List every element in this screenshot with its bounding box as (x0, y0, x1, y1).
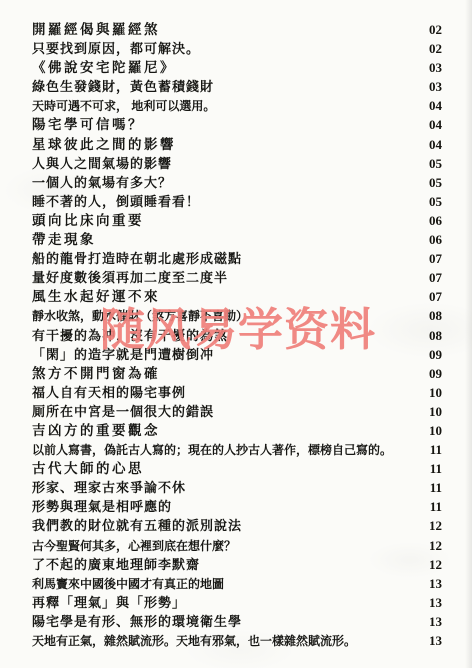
toc-row: 頭向比床向重要 06 (32, 211, 442, 230)
toc-entry-page-number: 05 (414, 173, 442, 192)
toc-entry-page-number: 11 (414, 497, 442, 516)
toc-entry-title: 有干擾的為冲，沒有干擾的為煞 (32, 326, 228, 345)
toc-entry-page-number: 03 (414, 58, 442, 77)
toc-entry-page-number: 07 (414, 249, 442, 268)
toc-row: 靜水收煞，動水催財（煞方喜靜不喜動） 08 (32, 306, 442, 325)
toc-row: 只要找到原因，都可解決。 02 (32, 39, 442, 58)
toc-entry-title: 船的龍骨打造時在朝北處形成磁點 (32, 249, 242, 268)
toc-row: 星球彼此之間的影響 04 (32, 135, 442, 154)
toc-entry-title: 再釋「理氣」與「形勢」 (32, 593, 186, 612)
toc-entry-page-number: 13 (414, 593, 442, 612)
toc-entry-page-number: 10 (414, 421, 442, 440)
toc-row: 利馬竇來中國後中國才有真正的地圖 13 (32, 574, 442, 593)
toc-row: 吉凶方的重要觀念 10 (32, 421, 442, 440)
toc-entry-title: 了不起的廣東地理師李默齋 (32, 555, 200, 574)
toc-row: 以前人寫書，偽託古人寫的；現在的人抄古人著作，標榜自己寫的。 11 (32, 440, 442, 459)
toc-entry-page-number: 09 (414, 364, 442, 383)
toc-entry-page-number: 02 (414, 39, 442, 58)
toc-entry-page-number: 12 (414, 555, 442, 574)
toc-row: 《佛說安宅陀羅尼》 03 (32, 58, 442, 77)
toc-entry-title: 風生水起好運不來 (32, 287, 160, 306)
toc-row: 福人自有天相的陽宅事例 10 (32, 383, 442, 402)
toc-row: 厠所在中宮是一個很大的錯誤 10 (32, 402, 442, 421)
toc-entry-page-number: 13 (414, 612, 442, 631)
toc-entry-page-number: 12 (414, 536, 442, 555)
toc-row: 煞方不開門窗為確 09 (32, 364, 442, 383)
toc-entry-page-number: 06 (414, 230, 442, 249)
toc-entry-page-number: 08 (414, 306, 442, 325)
toc-row: 船的龍骨打造時在朝北處形成磁點 07 (32, 249, 442, 268)
toc-entry-page-number: 11 (414, 478, 442, 497)
toc-entry-page-number: 11 (414, 440, 442, 459)
toc-row: 風生水起好運不來 07 (32, 287, 442, 306)
toc-entry-title: 形家、理家古來爭論不休 (32, 478, 186, 497)
toc-entry-title: 睡不著的人，倒頭睡看看！ (32, 192, 200, 211)
toc-entry-title: 開羅經偈與羅經煞 (32, 20, 160, 39)
toc-entry-title: 一個人的氣場有多大？ (32, 173, 172, 192)
toc-row: 一個人的氣場有多大？ 05 (32, 173, 442, 192)
toc-entry-page-number: 02 (414, 20, 442, 39)
toc-entry-title: 人與人之間氣場的影響 (32, 154, 172, 173)
toc-row: 睡不著的人，倒頭睡看看！ 05 (32, 192, 442, 211)
table-of-contents: 開羅經偈與羅經煞 02 只要找到原因，都可解決。 02 《佛說安宅陀羅尼》 03… (0, 20, 472, 650)
toc-row: 古今聖賢何其多，心裡到底在想什麼？ 12 (32, 536, 442, 555)
toc-entry-page-number: 04 (414, 96, 442, 115)
toc-row: 陽宅學可信嗎？ 04 (32, 115, 442, 134)
toc-entry-title: 頭向比床向重要 (32, 211, 144, 230)
toc-entry-title: 古今聖賢何其多，心裡到底在想什麼？ (32, 537, 236, 556)
toc-entry-page-number: 04 (414, 135, 442, 154)
toc-entry-page-number: 13 (414, 574, 442, 593)
toc-row: 綠色生發錢財，黃色蓄積錢財 03 (32, 77, 442, 96)
toc-entry-page-number: 11 (414, 459, 442, 478)
toc-entry-title: 陽宅學可信嗎？ (32, 115, 144, 134)
toc-entry-title: 福人自有天相的陽宅事例 (32, 383, 186, 402)
toc-entry-page-number: 03 (414, 77, 442, 96)
toc-row: 量好度數後須再加二度至二度半 07 (32, 268, 442, 287)
toc-entry-title: 以前人寫書，偽託古人寫的；現在的人抄古人著作，標榜自己寫的。 (32, 441, 392, 460)
toc-entry-title: 天地有正氣，雜然賦流形。天地有邪氣，也一樣雜然賦流形。 (32, 632, 356, 651)
toc-entry-title: 只要找到原因，都可解決。 (32, 39, 200, 58)
toc-row: 陽宅學是有形、無形的環境衛生學 13 (32, 612, 442, 631)
toc-entry-title: 帶走現象 (32, 230, 96, 249)
toc-entry-title: 煞方不開門窗為確 (32, 364, 160, 383)
toc-row: 天時可遇不可求， 地利可以選用。 04 (32, 96, 442, 115)
toc-row: 人與人之間氣場的影響 05 (32, 154, 442, 173)
toc-entry-title: 我們教的財位就有五種的派別說法 (32, 516, 242, 535)
toc-entry-page-number: 05 (414, 154, 442, 173)
toc-entry-title: 利馬竇來中國後中國才有真正的地圖 (32, 575, 224, 594)
toc-entry-page-number: 06 (414, 211, 442, 230)
toc-entry-page-number: 10 (414, 383, 442, 402)
toc-row: 再釋「理氣」與「形勢」 13 (32, 593, 442, 612)
toc-row: 了不起的廣東地理師李默齋 12 (32, 555, 442, 574)
toc-row: 開羅經偈與羅經煞 02 (32, 20, 442, 39)
toc-entry-title: 厠所在中宮是一個很大的錯誤 (32, 402, 214, 421)
scanned-book-toc-page: { "page": { "background_color": "#fbfbf8… (0, 0, 472, 668)
toc-entry-title: 天時可遇不可求， 地利可以選用。 (32, 97, 215, 116)
toc-row: 有干擾的為冲，沒有干擾的為煞 08 (32, 326, 442, 345)
toc-entry-page-number: 12 (414, 516, 442, 535)
toc-entry-page-number: 04 (414, 115, 442, 134)
toc-row: 天地有正氣，雜然賦流形。天地有邪氣，也一樣雜然賦流形。 13 (32, 631, 442, 650)
toc-entry-page-number: 07 (414, 268, 442, 287)
toc-entry-title: 「閑」的造字就是門遭樹倒冲 (32, 345, 214, 364)
toc-row: 古代大師的心思 11 (32, 459, 442, 478)
toc-entry-page-number: 09 (414, 345, 442, 364)
toc-entry-title: 吉凶方的重要觀念 (32, 421, 160, 440)
toc-row: 形勢與理氣是相呼應的 11 (32, 497, 442, 516)
toc-entry-title: 綠色生發錢財，黃色蓄積錢財 (32, 77, 214, 96)
toc-row: 帶走現象 06 (32, 230, 442, 249)
toc-entry-page-number: 08 (414, 326, 442, 345)
toc-entry-page-number: 13 (414, 631, 442, 650)
toc-row: 形家、理家古來爭論不休 11 (32, 478, 442, 497)
toc-entry-title: 古代大師的心思 (32, 459, 144, 478)
toc-entry-page-number: 05 (414, 192, 442, 211)
toc-entry-title: 《佛說安宅陀羅尼》 (32, 58, 176, 77)
toc-entry-title: 陽宅學是有形、無形的環境衛生學 (32, 612, 242, 631)
toc-entry-title: 形勢與理氣是相呼應的 (32, 497, 172, 516)
toc-entry-title: 星球彼此之間的影響 (32, 135, 176, 154)
toc-entry-title: 靜水收煞，動水催財（煞方喜靜不喜動） (32, 307, 248, 326)
toc-row: 「閑」的造字就是門遭樹倒冲 09 (32, 345, 442, 364)
toc-entry-page-number: 07 (414, 287, 442, 306)
toc-entry-page-number: 10 (414, 402, 442, 421)
toc-row: 我們教的財位就有五種的派別說法 12 (32, 516, 442, 535)
toc-entry-title: 量好度數後須再加二度至二度半 (32, 268, 228, 287)
